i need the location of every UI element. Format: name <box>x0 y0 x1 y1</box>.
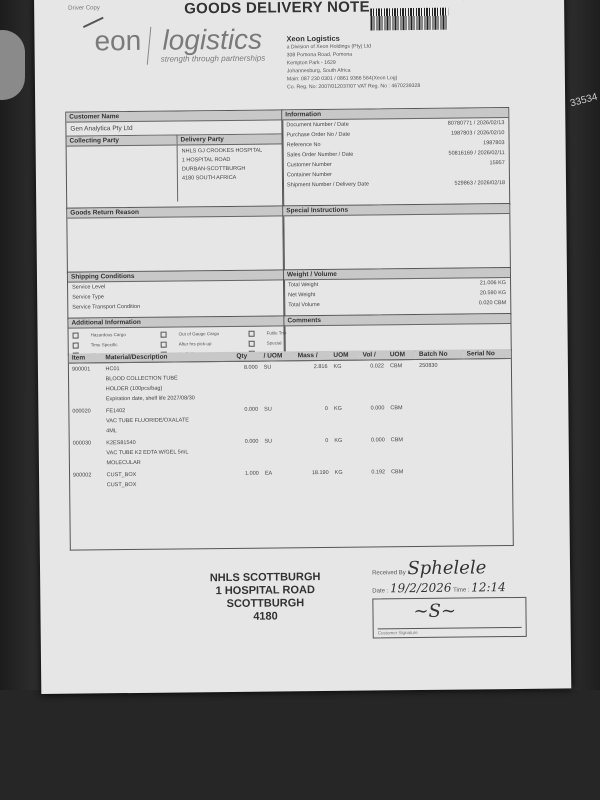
option-label: Hazardous Cargo <box>91 332 161 339</box>
signature-box: ~S~ Customer Signature <box>372 597 526 639</box>
cell-mass-uom: KG <box>331 403 361 435</box>
thumb <box>0 30 25 100</box>
column-header: Mass / <box>295 351 331 361</box>
column-header: Serial No <box>464 349 511 359</box>
comments-section: Comments <box>283 313 511 353</box>
column-header: Item <box>69 353 103 363</box>
customer-section: Customer Name Gen Analytica Pty Ltd Coll… <box>65 109 284 209</box>
goods-return-section: Goods Return Reason <box>66 205 285 273</box>
cell-serial <box>464 401 512 433</box>
cell-batch <box>417 402 465 434</box>
cell-item: 900001 <box>69 363 103 406</box>
cell-item: 000030 <box>70 437 104 469</box>
cell-mass-uom: KG <box>332 467 361 489</box>
cell-item: 900002 <box>70 469 104 491</box>
cell-vol: 0.022 <box>360 360 388 403</box>
column-header: Vol / <box>360 350 387 360</box>
page-number: Page 1 of 1 <box>452 0 493 1</box>
cell-vol-uom: CBM <box>388 466 417 488</box>
cell-uom: SU <box>261 435 295 467</box>
cell-vol-uom: CBM <box>388 434 418 466</box>
received-date: 19/2/2026 <box>390 581 452 596</box>
company-line: Co. Reg. No: 2007/012037/07 VAT Reg. No … <box>287 82 420 91</box>
cell-batch <box>417 434 465 466</box>
items-table: ItemMaterial/DescriptionQty/ UOMMass /UO… <box>69 349 512 492</box>
column-header: UOM <box>330 351 359 361</box>
column-header: Batch No <box>416 350 464 360</box>
time-label: Time : <box>453 587 470 593</box>
description-line: 4ML <box>106 425 231 436</box>
received-by-label: Received By <box>372 570 406 576</box>
weight-row: Total Volume0.020 CBM <box>284 298 510 310</box>
cell-desc: CUST_BOXCUST_BOX <box>104 468 235 491</box>
signature-scribble: ~S~ <box>413 601 456 622</box>
cell-vol: 0.192 <box>361 466 388 488</box>
weight-volume-section: Weight / Volume Total Weight21.006 KG Ne… <box>283 267 511 317</box>
shipping-conditions-section: Shipping Conditions Service Level Servic… <box>67 269 285 319</box>
received-by-name: Sphelele <box>407 557 486 579</box>
checkbox[interactable] <box>161 332 167 338</box>
received-time: 12:14 <box>471 580 506 594</box>
cell-serial <box>465 465 512 487</box>
cell-uom: SU <box>261 361 296 404</box>
column-header: / UOM <box>261 351 295 361</box>
cell-desc: K2ES81540VAC TUBE K2 EDTA W/GEL 5mLMOLEC… <box>103 436 234 469</box>
logo-brand-right: logistics <box>162 24 262 57</box>
cell-mass: 2.816 <box>295 360 331 403</box>
cell-uom: SU <box>261 403 295 435</box>
description-line: CUST_BOX <box>107 479 232 490</box>
address-line: 4180 <box>190 610 340 625</box>
cell-serial <box>464 433 512 465</box>
special-instructions-header: Special Instructions <box>283 204 509 216</box>
option-label: Out of Gauge Cargo <box>179 331 249 338</box>
cell-serial <box>464 359 512 402</box>
signature-label: Customer Signature <box>378 627 522 636</box>
option-label: After hrs pick-up <box>179 341 249 348</box>
logo-brand-left: eon <box>94 25 141 57</box>
barcode <box>370 8 448 31</box>
cell-item: 000020 <box>69 405 103 437</box>
delivery-line: 4180 SOUTH AFRICA <box>182 173 279 183</box>
copy-label: Driver Copy <box>68 5 100 11</box>
cell-mass-uom: KG <box>330 360 360 403</box>
goods-return-header: Goods Return Reason <box>67 206 283 218</box>
checkbox[interactable] <box>73 343 79 349</box>
collecting-party-header: Collecting Party <box>66 136 176 147</box>
date-label: Date : <box>372 588 388 594</box>
cell-vol-uom: CBM <box>387 402 417 434</box>
cell-qty: 0.000 <box>234 436 262 468</box>
shipping-row: Service Transport Condition <box>68 300 284 312</box>
cell-batch <box>417 466 465 488</box>
information-section: Information Document Number / Date807807… <box>281 107 510 207</box>
special-instructions-section: Special Instructions <box>282 203 511 271</box>
cell-vol: 0.000 <box>360 402 388 434</box>
delivery-address: NHLS SCOTTBURGH 1 HOSPITAL ROAD SCOTTBUR… <box>190 571 341 625</box>
checkbox[interactable] <box>249 341 255 347</box>
logo-divider <box>147 27 152 65</box>
document-title: GOODS DELIVERY NOTE <box>184 0 370 17</box>
table-row: 900001HC01BLOOD COLLECTION TUBEHOLDER (1… <box>69 359 511 406</box>
additional-info-section: Additional Information Hazardous Cargo O… <box>67 315 285 355</box>
cell-uom: EA <box>262 467 296 489</box>
background-bottom <box>0 690 600 800</box>
cell-mass-uom: KG <box>331 435 361 467</box>
delivery-party: NHLS GJ CROOKES HOSPITAL 1 HOSPITAL ROAD… <box>178 144 283 185</box>
cell-mass: 0 <box>295 403 331 435</box>
cell-mass: 18.190 <box>296 467 332 489</box>
cell-qty: 0.000 <box>234 404 262 436</box>
checkbox[interactable] <box>73 333 79 339</box>
checkbox[interactable] <box>249 331 255 337</box>
items-section: ItemMaterial/DescriptionQty/ UOMMass /UO… <box>68 349 514 551</box>
address-line: NHLS SCOTTBURGH <box>190 571 340 586</box>
cell-qty: 1.000 <box>235 468 262 490</box>
option-label: Time Specific <box>91 342 161 349</box>
comments-header: Comments <box>284 314 510 326</box>
column-header: UOM <box>387 350 416 360</box>
checkbox[interactable] <box>161 342 167 348</box>
column-header: Qty <box>233 352 260 362</box>
table-row: 000020FE1402VAC TUBE FLUORIDE/OXALATE4ML… <box>69 401 511 438</box>
cell-desc: HC01BLOOD COLLECTION TUBEHOLDER (100pcs/… <box>102 361 233 405</box>
cell-vol-uom: CBM <box>387 360 417 403</box>
cell-batch: 250830 <box>416 359 464 402</box>
description-line: MOLECULAR <box>106 457 231 468</box>
delivery-note-paper: Driver Copy GOODS DELIVERY NOTE Page 1 o… <box>34 0 571 694</box>
table-row: 000030K2ES81540VAC TUBE K2 EDTA W/GEL 5m… <box>70 433 512 470</box>
cell-desc: FE1402VAC TUBE FLUORIDE/OXALATE4ML <box>103 404 234 437</box>
cell-vol: 0.000 <box>360 434 388 466</box>
table-row: 900002CUST_BOXCUST_BOX1.000EA18.190KG0.1… <box>70 465 512 492</box>
logo-tagline: strength through partnerships <box>161 53 301 63</box>
receipt-block: Received By Sphelele Date : 19/2/2026 Ti… <box>372 557 506 595</box>
cell-qty: 8.000 <box>233 361 261 404</box>
company-details: Xeon Logistics a Division of Xeon Holdin… <box>286 34 420 91</box>
description-line: Expiration date, shelf life 2027/08/30 <box>106 393 231 404</box>
info-row: Shipment Number / Delivery Date529863 / … <box>283 178 509 190</box>
cell-mass: 0 <box>296 435 332 467</box>
